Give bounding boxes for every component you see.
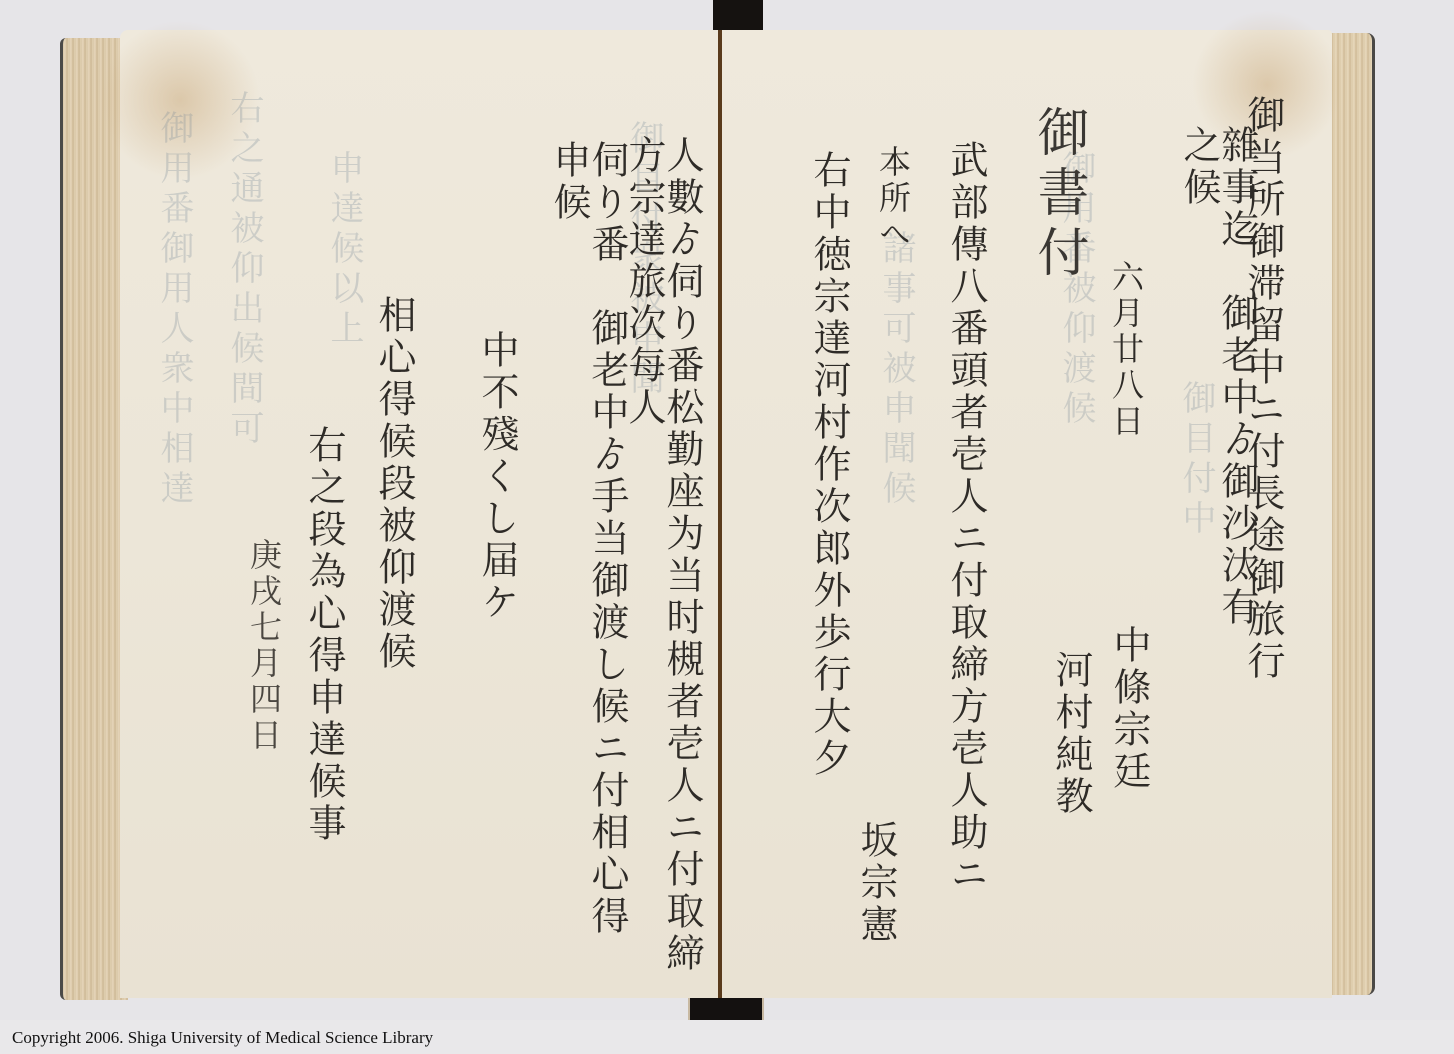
text-column-1: 人數ゟ伺り番松勤座为当时槻者壱人ニ付取締方宗達旅次每人: [625, 135, 701, 995]
show-through-text: 申達候以上: [320, 150, 369, 350]
date-line: 庚戌七月四日: [248, 538, 280, 838]
scan-photo: 御用番御用人衆中相達 右之通被仰出候間可 申達候以上 御目付衆被申聞 人數ゟ伺り…: [0, 0, 1454, 1020]
show-through-text: 御用番御用人衆中相達: [150, 110, 199, 510]
text-column-2: 伺り番 御老中ゟ手当御渡し候ニ付相心得申候: [550, 140, 626, 960]
text-column-5: 右之段為心得申達候事: [305, 425, 343, 985]
bookmark-ribbon-bottom: [688, 998, 764, 1020]
text-column-3: 武部傳八番頭者壱人ニ付取締方壱人助ニ: [947, 140, 985, 940]
signature-nakajo: 中條宗廷: [1110, 625, 1148, 925]
right-page: 諸事可被申聞候 御用番被仰渡候 御目付中 御当所御滞留中ニ付長途御旅行 雜事迄 …: [722, 30, 1332, 998]
page-edges-left: [60, 38, 128, 1000]
text-column-2: 雜事迄 御老中ゟ御沙汰有之候: [1180, 125, 1256, 665]
heading-column: 御書付: [1032, 105, 1084, 405]
text-column-5: 右中徳宗達河村作次郎外歩行大夕: [810, 150, 848, 990]
bookmark-ribbon-top: [713, 0, 763, 30]
show-through-text: 右之通被仰出候間可: [220, 90, 269, 450]
text-column-date: 六月廿八日: [1110, 260, 1142, 480]
page-edges-right: [1328, 33, 1375, 995]
signature-kawamura: 河村純教: [1052, 650, 1090, 970]
text-column-3: 中不殘くし届ケ: [478, 330, 516, 730]
text-column-4: 相心得候段被仰渡候: [375, 295, 413, 995]
left-page: 御用番御用人衆中相達 右之通被仰出候間可 申達候以上 御目付衆被申聞 人數ゟ伺り…: [120, 30, 720, 998]
text-column-4: 本所へ: [877, 145, 909, 305]
signature-saka: 坂宗憲: [857, 820, 895, 1000]
copyright-notice: Copyright 2006. Shiga University of Medi…: [12, 1028, 433, 1048]
